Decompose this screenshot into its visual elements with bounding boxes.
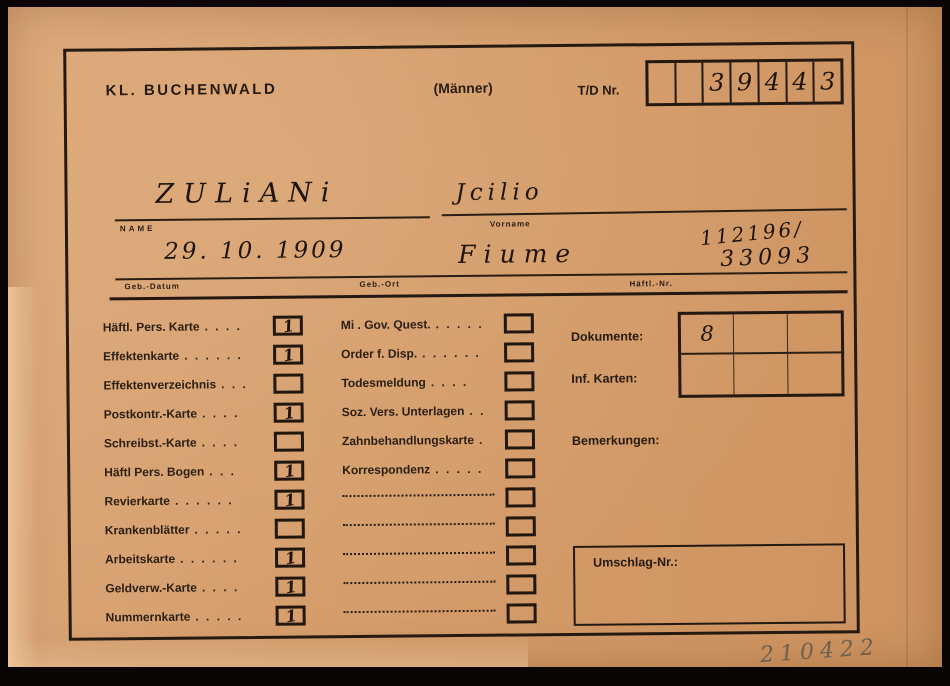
checklist-item: Postkontr.-Karte. . . .1: [104, 398, 304, 429]
section-divider: [110, 290, 848, 300]
card-edge-highlight-left: [8, 287, 38, 667]
firstname-label: Vorname: [490, 219, 531, 228]
surname-label: NAME: [120, 224, 156, 233]
checkbox: [506, 574, 536, 594]
blank-entry-line: [343, 581, 495, 584]
umschlag-box: Umschlag-Nr.:: [573, 543, 846, 626]
dokumente-cell: [681, 354, 735, 395]
checkbox: [507, 603, 537, 623]
td-cell: 4: [759, 62, 787, 102]
card-crease: [906, 7, 908, 667]
checkbox: 1: [274, 402, 304, 422]
birthplace-label: Geb.-Ort: [359, 280, 400, 289]
checkbox: [504, 371, 534, 391]
checkbox: 1: [274, 460, 304, 480]
checklist-item: Soz. Vers. Unterlagen. .: [342, 395, 535, 426]
checkbox: [505, 458, 535, 478]
dokumente-grid: 8: [678, 310, 845, 398]
td-cell: 9: [731, 62, 759, 102]
check-mark: 1: [282, 402, 296, 422]
bemerkungen-label: Bemerkungen:: [572, 433, 660, 448]
dokumente-value-handwritten: 8: [700, 322, 714, 346]
checklist-item: Order f. Disp.. . . . . .: [341, 337, 534, 368]
checklist-item: Todesmeldung. . . .: [341, 366, 534, 397]
surname-line: [115, 216, 430, 221]
card-border-frame: KL. BUCHENWALD (Männer) T/D Nr. 3 9 4 4 …: [63, 41, 860, 641]
checkbox: 1: [275, 547, 305, 567]
checkbox: [505, 429, 535, 449]
birth-line: [115, 271, 847, 280]
blank-entry-line: [343, 523, 495, 526]
blank-entry-line: [344, 610, 496, 613]
checklist-middle: Mi . Gov. Quest.. . . . . Order f. Disp.…: [341, 308, 537, 629]
check-mark: 1: [283, 489, 297, 509]
camp-title: KL. BUCHENWALD: [106, 81, 278, 100]
check-mark: 1: [282, 344, 296, 364]
check-mark: 1: [284, 547, 298, 567]
checkbox: [505, 487, 535, 507]
checkbox: 1: [276, 605, 306, 625]
checkbox: 1: [274, 489, 304, 509]
td-cell: 4: [787, 62, 815, 102]
checklist-item: Geldverw.-Karte. . . .1: [105, 572, 305, 603]
dokumente-label: Dokumente:: [571, 329, 643, 344]
dokumente-cell: 8: [681, 314, 735, 355]
checklist-item: Krankenblätter. . . . .1: [105, 514, 305, 545]
checkbox: 1: [273, 315, 303, 335]
checkbox: [506, 516, 536, 536]
checkbox: 1: [275, 576, 305, 596]
checklist-item-blank: [343, 598, 536, 629]
checklist-item: Zahnbehandlungskarte.: [342, 424, 535, 455]
td-number-grid: 3 9 4 4 3: [645, 58, 843, 106]
checkbox: [506, 545, 536, 565]
td-cell: [676, 63, 704, 103]
dokumente-cell: [788, 353, 842, 394]
checklist-item: Häftl. Pers. Karte. . . .1: [103, 311, 303, 342]
checklist-item: Arbeitskarte. . . . . .1: [105, 543, 305, 574]
prisoner-number-label: Häftl.-Nr.: [629, 279, 672, 288]
surname-handwritten: ZULiANi: [155, 177, 338, 210]
check-mark: 1: [281, 315, 295, 335]
umschlag-label: Umschlag-Nr.:: [593, 555, 678, 570]
checkbox: 1: [273, 373, 303, 393]
birthdate-handwritten: 29. 10. 1909: [164, 237, 347, 265]
dokumente-cell: [787, 313, 841, 354]
checklist-item-blank: [343, 540, 536, 571]
birthplace-handwritten: Fiume: [458, 239, 578, 269]
td-cell: 3: [815, 61, 841, 101]
checklist-item-blank: [343, 511, 536, 542]
check-mark: 1: [284, 576, 298, 596]
dokumente-cell: [734, 354, 788, 395]
inf-karten-label: Inf. Karten:: [571, 371, 637, 386]
check-mark: 1: [284, 605, 298, 625]
checklist-left: Häftl. Pers. Karte. . . .1 Effektenkarte…: [103, 311, 306, 632]
td-cell: [648, 63, 676, 103]
checklist-item: Effektenkarte. . . . . .1: [103, 340, 303, 371]
check-mark: 1: [283, 460, 297, 480]
blank-entry-line: [343, 552, 495, 555]
archive-number-pencil: 210422: [759, 635, 880, 668]
blank-entry-line: [342, 494, 494, 497]
checklist-item: Häftl Pers. Bogen. . .1: [104, 456, 304, 487]
checkbox: [504, 342, 534, 362]
checklist-item-blank: [343, 569, 536, 600]
firstname-handwritten: Jcilio: [455, 179, 543, 206]
checkbox: 1: [273, 344, 303, 364]
checkbox: [504, 313, 534, 333]
prisoner-number-handwritten: 33093: [720, 243, 816, 272]
checklist-item: Nummernkarte. . . . .1: [105, 601, 305, 632]
index-card: KL. BUCHENWALD (Männer) T/D Nr. 3 9 4 4 …: [8, 7, 942, 667]
checkbox: [505, 400, 535, 420]
checkbox: 1: [274, 431, 304, 451]
checklist-item: Mi . Gov. Quest.. . . . .: [341, 308, 534, 339]
firstname-line: [442, 208, 847, 216]
checklist-item: Effektenverzeichnis. . .1: [103, 369, 303, 400]
dokumente-cell: [734, 314, 788, 355]
td-number-label: T/D Nr.: [578, 82, 620, 97]
checklist-item-blank: [342, 482, 535, 513]
scan-background: KL. BUCHENWALD (Männer) T/D Nr. 3 9 4 4 …: [0, 0, 950, 686]
gender-note: (Männer): [433, 80, 492, 97]
checkbox: 1: [275, 518, 305, 538]
checklist-item: Revierkarte. . . . . .1: [104, 485, 304, 516]
checklist-item: Korrespondenz. . . . .: [342, 453, 535, 484]
birthdate-label: Geb.-Datum: [124, 282, 179, 292]
td-cell: 3: [704, 62, 732, 102]
checklist-item: Schreibst.-Karte. . . .1: [104, 427, 304, 458]
